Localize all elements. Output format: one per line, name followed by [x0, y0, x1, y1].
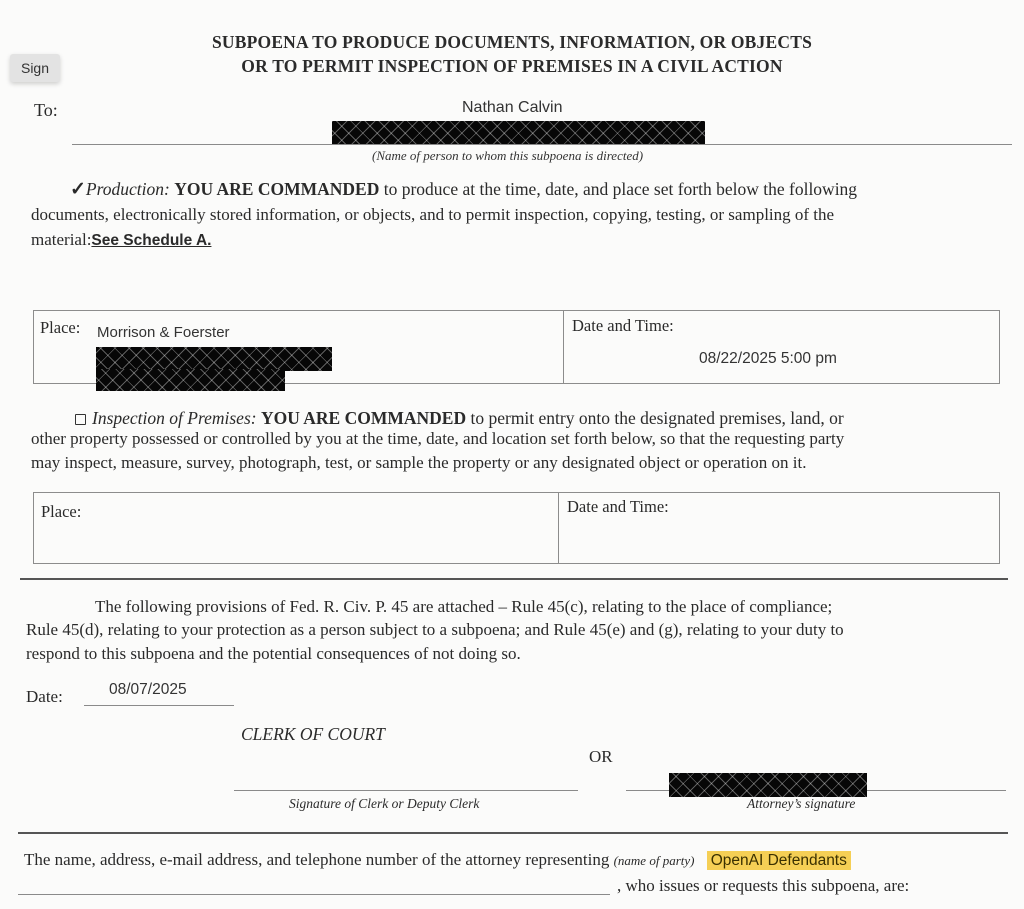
production-line-2: documents, electronically stored informa… — [31, 203, 1021, 228]
issue-date-value[interactable]: 08/07/2025 — [109, 681, 187, 699]
production-text-3: material: — [31, 230, 91, 249]
recipient-name[interactable]: Nathan Calvin — [462, 99, 563, 117]
production-table-divider — [563, 310, 564, 384]
inspection-label: Inspection of Premises: — [92, 408, 257, 428]
inspection-table-divider — [558, 492, 559, 564]
clerk-signature-caption: Signature of Clerk or Deputy Clerk — [289, 796, 479, 812]
production-command: YOU ARE COMMANDED — [174, 179, 379, 199]
to-label: To: — [34, 100, 58, 121]
schedule-a-link[interactable]: See Schedule A. — [91, 232, 211, 249]
recipient-caption: (Name of person to whom this subpoena is… — [372, 148, 643, 164]
production-line-3: material:See Schedule A. — [31, 228, 211, 254]
provisions-line-3: respond to this subpoena and the potenti… — [26, 642, 1016, 667]
unchecked-checkbox-icon[interactable] — [75, 414, 86, 425]
attorney-line-1: The name, address, e-mail address, and t… — [24, 848, 1024, 874]
production-line-1: ✓Production: YOU ARE COMMANDED to produc… — [70, 177, 1010, 203]
party-underline — [18, 894, 610, 895]
redacted-attorney-signature — [669, 773, 867, 797]
attorney-text: The name, address, e-mail address, and t… — [24, 850, 609, 869]
clerk-signature-line — [234, 790, 578, 791]
inspection-command: YOU ARE COMMANDED — [261, 408, 466, 428]
date-label: Date: — [26, 687, 63, 707]
redacted-place-line-1 — [96, 347, 332, 371]
provisions-line-1: The following provisions of Fed. R. Civ.… — [95, 595, 1015, 620]
production-datetime-value[interactable]: 08/22/2025 5:00 pm — [699, 350, 837, 368]
date-underline — [84, 705, 234, 706]
recipient-underline — [72, 144, 1012, 145]
inspection-line-3: may inspect, measure, survey, photograph… — [31, 451, 1021, 476]
inspection-line-2: other property possessed or controlled b… — [31, 427, 1021, 452]
production-datetime-label: Date and Time: — [572, 316, 674, 336]
inspection-place-label: Place: — [41, 502, 81, 522]
checked-checkbox-icon[interactable]: ✓ — [70, 179, 86, 200]
inspection-datetime-label: Date and Time: — [567, 497, 669, 517]
party-hint: (name of party) — [614, 853, 695, 868]
document-title-line-2: OR TO PERMIT INSPECTION OF PREMISES IN A… — [0, 56, 1024, 77]
redacted-place-line-2 — [96, 369, 285, 391]
attorney-divider — [18, 832, 1008, 834]
production-text-1: to produce at the time, date, and place … — [384, 179, 857, 199]
party-name-field[interactable]: OpenAI Defendants — [707, 851, 851, 870]
provisions-line-2: Rule 45(d), relating to your protection … — [26, 618, 1021, 643]
document-title-line-1: SUBPOENA TO PRODUCE DOCUMENTS, INFORMATI… — [0, 32, 1024, 53]
section-divider — [20, 578, 1008, 580]
inspection-table — [33, 492, 1000, 564]
or-label: OR — [589, 747, 613, 767]
inspection-text-1: to permit entry onto the designated prem… — [470, 408, 843, 428]
production-place-label: Place: — [40, 318, 80, 338]
clerk-of-court-label: CLERK OF COURT — [241, 724, 385, 745]
redacted-address — [332, 121, 705, 144]
attorney-line-2: , who issues or requests this subpoena, … — [617, 874, 909, 899]
attorney-signature-caption: Attorney’s signature — [747, 796, 855, 812]
production-label: Production: — [86, 179, 170, 199]
production-place-value[interactable]: Morrison & Foerster — [97, 324, 230, 341]
